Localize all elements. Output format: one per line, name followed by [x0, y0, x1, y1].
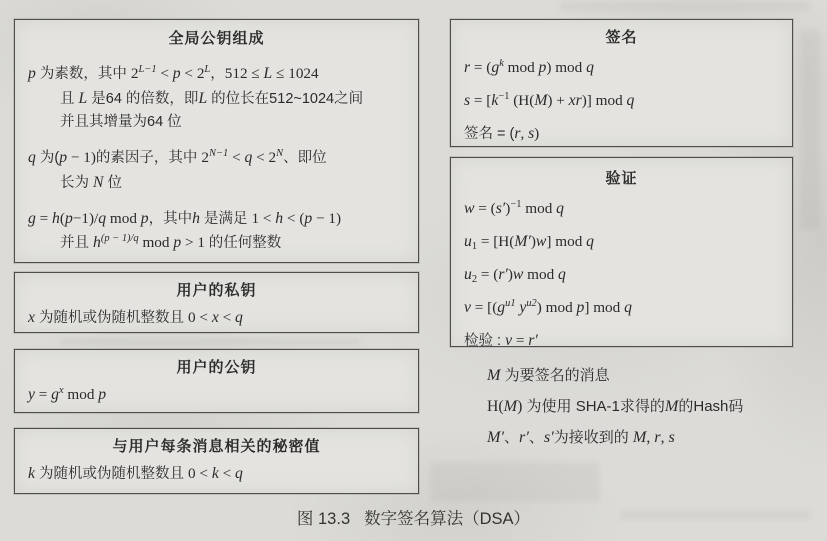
box-title: 签名	[451, 20, 792, 48]
formula-line: p 为素数，其中 2L−1 < p < 2L，512 ≤ L ≤ 1024	[44, 62, 408, 87]
box-title: 全局公钥组成	[15, 20, 418, 49]
formula-line: w = (s′)−1 mod q	[464, 198, 782, 222]
formula-line: y = gx mod p	[28, 384, 408, 408]
formula-line: 并且 h(p − 1)/q mod p > 1 的任何整数	[44, 231, 408, 256]
formula-line: 并且其增量为64 位	[44, 111, 408, 134]
box-body: w = (s′)−1 mod q u1 = [H(M′)w] mod q u2 …	[451, 198, 792, 352]
scanned-figure-page: 全局公钥组成 p 为素数，其中 2L−1 < p < 2L，512 ≤ L ≤ …	[0, 0, 827, 541]
bleedthrough-texture	[430, 462, 600, 502]
paragraph-p: p 为素数，其中 2L−1 < p < 2L，512 ≤ L ≤ 1024 且 …	[28, 62, 408, 134]
box-signing: 签名 r = (gk mod p) mod q s = [k−1 (H(M) +…	[450, 19, 793, 147]
box-per-message-secret-value: 与用户每条消息相关的秘密值 k 为随机或伪随机整数且 0 < k < q	[14, 428, 419, 494]
bleedthrough-texture	[60, 338, 360, 346]
box-verifying: 验证 w = (s′)−1 mod q u1 = [H(M′)w] mod q …	[450, 157, 793, 347]
note-line: H(M) 为使用 SHA-1求得的M的Hash码	[487, 391, 743, 422]
note-line: M 为要签名的消息	[487, 360, 743, 391]
formula-line: 检验 : v = r′	[464, 330, 782, 352]
box-user-public-key: 用户的公钥 y = gx mod p	[14, 349, 419, 413]
formula-line: 签名 = (r, s)	[464, 123, 782, 145]
formula-line: v = [(gu1 yu2) mod p] mod q	[464, 297, 782, 321]
formula-line: k 为随机或伪随机整数且 0 < k < q	[28, 463, 408, 485]
paragraph-g: g = h(p−1)/q mod p，其中h 是满足 1 < h < (p − …	[28, 207, 408, 256]
box-title: 用户的公钥	[15, 350, 418, 378]
box-global-public-key-components: 全局公钥组成 p 为素数，其中 2L−1 < p < 2L，512 ≤ L ≤ …	[14, 19, 419, 263]
box-body: r = (gk mod p) mod q s = [k−1 (H(M) + xr…	[451, 57, 792, 145]
formula-line: 且 L 是64 的倍数，即L 的位长在512~1024之间	[44, 87, 408, 111]
note-line: M′、r′、s′为接收到的 M, r, s	[487, 422, 743, 453]
box-title: 验证	[451, 158, 792, 189]
box-user-private-key: 用户的私钥 x 为随机或伪随机整数且 0 < x < q	[14, 272, 419, 333]
formula-line: 长为 N 位	[44, 171, 408, 195]
formula-line: u1 = [H(M′)w] mod q	[464, 231, 782, 255]
legend-notes: M 为要签名的消息 H(M) 为使用 SHA-1求得的M的Hash码 M′、r′…	[487, 360, 743, 453]
formula-line: s = [k−1 (H(M) + xr)] mod q	[464, 90, 782, 114]
formula-line: x 为随机或伪随机整数且 0 < x < q	[28, 307, 408, 329]
formula-line: g = h(p−1)/q mod p，其中h 是满足 1 < h < (p − …	[44, 207, 408, 231]
box-body: k 为随机或伪随机整数且 0 < k < q	[15, 463, 418, 485]
paragraph-q: q 为(p − 1)的素因子，其中 2N−1 < q < 2N、即位 长为 N …	[28, 146, 408, 195]
figure-caption: 图 13.3数字签名算法（DSA）	[0, 505, 827, 529]
box-body: p 为素数，其中 2L−1 < p < 2L，512 ≤ L ≤ 1024 且 …	[15, 62, 418, 256]
box-body: x 为随机或伪随机整数且 0 < x < q	[15, 307, 418, 329]
bleedthrough-texture	[800, 30, 820, 230]
figure-caption-title: 数字签名算法（DSA）	[364, 510, 530, 528]
figure-caption-label: 图 13.3	[297, 510, 350, 528]
formula-line: q 为(p − 1)的素因子，其中 2N−1 < q < 2N、即位	[44, 146, 408, 171]
box-title: 与用户每条消息相关的秘密值	[15, 429, 418, 457]
box-title: 用户的私钥	[15, 273, 418, 301]
formula-line: u2 = (r′)w mod q	[464, 264, 782, 288]
bleedthrough-texture	[560, 2, 810, 11]
box-body: y = gx mod p	[15, 384, 418, 408]
formula-line: r = (gk mod p) mod q	[464, 57, 782, 81]
